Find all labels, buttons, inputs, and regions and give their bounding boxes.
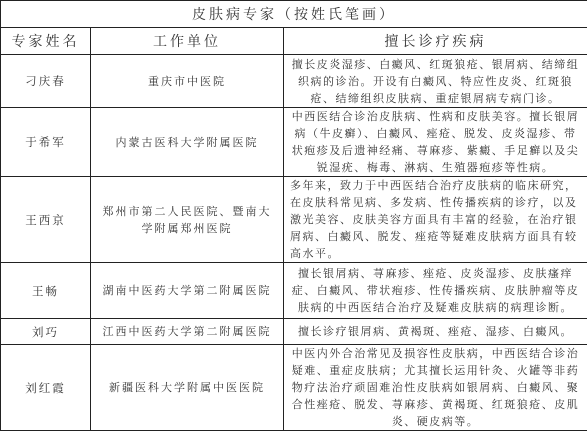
table-title: 皮肤病专家（按姓氏笔画）	[1, 1, 587, 28]
expert-specialty: 中西医结合诊治皮肤病、性病和皮肤美容。擅长银屑病（牛皮癣）、白癜风、痤疮、脱发、…	[284, 108, 587, 177]
expert-name: 刘红霞	[1, 345, 91, 417]
expert-name: 王畅	[1, 263, 91, 319]
table-row: 刁庆春 重庆市中医院 擅长皮炎湿疹、白癜风、红斑狼疮、银屑病、结缔组织病的诊治。…	[1, 55, 587, 108]
column-header-specialty: 擅长诊疗疾病	[284, 28, 587, 55]
expert-name: 刘巧	[1, 319, 91, 345]
expert-specialty: 擅长诊疗银屑病、黄褐斑、痤疮、湿疹、白癜风。	[284, 319, 587, 345]
column-header-row: 专家姓名 工作单位 擅长诊疗疾病	[1, 28, 587, 55]
column-header-unit: 工作单位	[91, 28, 284, 55]
table-row: 于希军 内蒙古医科大学附属医院 中西医结合诊治皮肤病、性病和皮肤美容。擅长银屑病…	[1, 108, 587, 177]
expert-unit: 湖南中医药大学第二附属医院	[91, 263, 284, 319]
expert-specialty: 多年来，致力于中西医结合治疗皮肤病的临床研究，在皮肤科常见病、多发病、性传播疾病…	[284, 177, 587, 263]
table-title-row: 皮肤病专家（按姓氏笔画）	[1, 1, 587, 28]
expert-specialty: 擅长皮炎湿疹、白癜风、红斑狼疮、银屑病、结缔组织病的诊治。开设有白癜风、特应性皮…	[284, 55, 587, 108]
table-row: 王西京 郑州市第二人民医院、暨南大学附属郑州医院 多年来，致力于中西医结合治疗皮…	[1, 177, 587, 263]
expert-unit: 重庆市中医院	[91, 55, 284, 108]
expert-name: 王西京	[1, 177, 91, 263]
expert-unit: 郑州市第二人民医院、暨南大学附属郑州医院	[91, 177, 284, 263]
expert-name: 于希军	[1, 108, 91, 177]
expert-name: 刁庆春	[1, 55, 91, 108]
table-row: 刘红霞 新疆医科大学附属中医医院 中医内外合治常见及损容性皮肤病，中西医结合诊治…	[1, 345, 587, 417]
expert-specialty: 擅长银屑病、荨麻疹、痤疮、皮炎湿疹、皮肤瘙痒症、白癜风、带状疱疹、性传播疾病、皮…	[284, 263, 587, 319]
expert-unit: 内蒙古医科大学附属医院	[91, 108, 284, 177]
table-row: 刘巧 江西中医药大学第二附属医院 擅长诊疗银屑病、黄褐斑、痤疮、湿疹、白癜风。	[1, 319, 587, 345]
expert-unit: 新疆医科大学附属中医医院	[91, 345, 284, 417]
expert-specialty: 中医内外合治常见及损容性皮肤病，中西医结合诊治疑难、重症皮肤病；尤其擅长运用针灸…	[284, 345, 587, 417]
table-row: 王畅 湖南中医药大学第二附属医院 擅长银屑病、荨麻疹、痤疮、皮炎湿疹、皮肤瘙痒症…	[1, 263, 587, 319]
column-header-name: 专家姓名	[1, 28, 91, 55]
expert-table: 皮肤病专家（按姓氏笔画） 专家姓名 工作单位 擅长诊疗疾病 刁庆春 重庆市中医院…	[0, 0, 587, 416]
expert-unit: 江西中医药大学第二附属医院	[91, 319, 284, 345]
